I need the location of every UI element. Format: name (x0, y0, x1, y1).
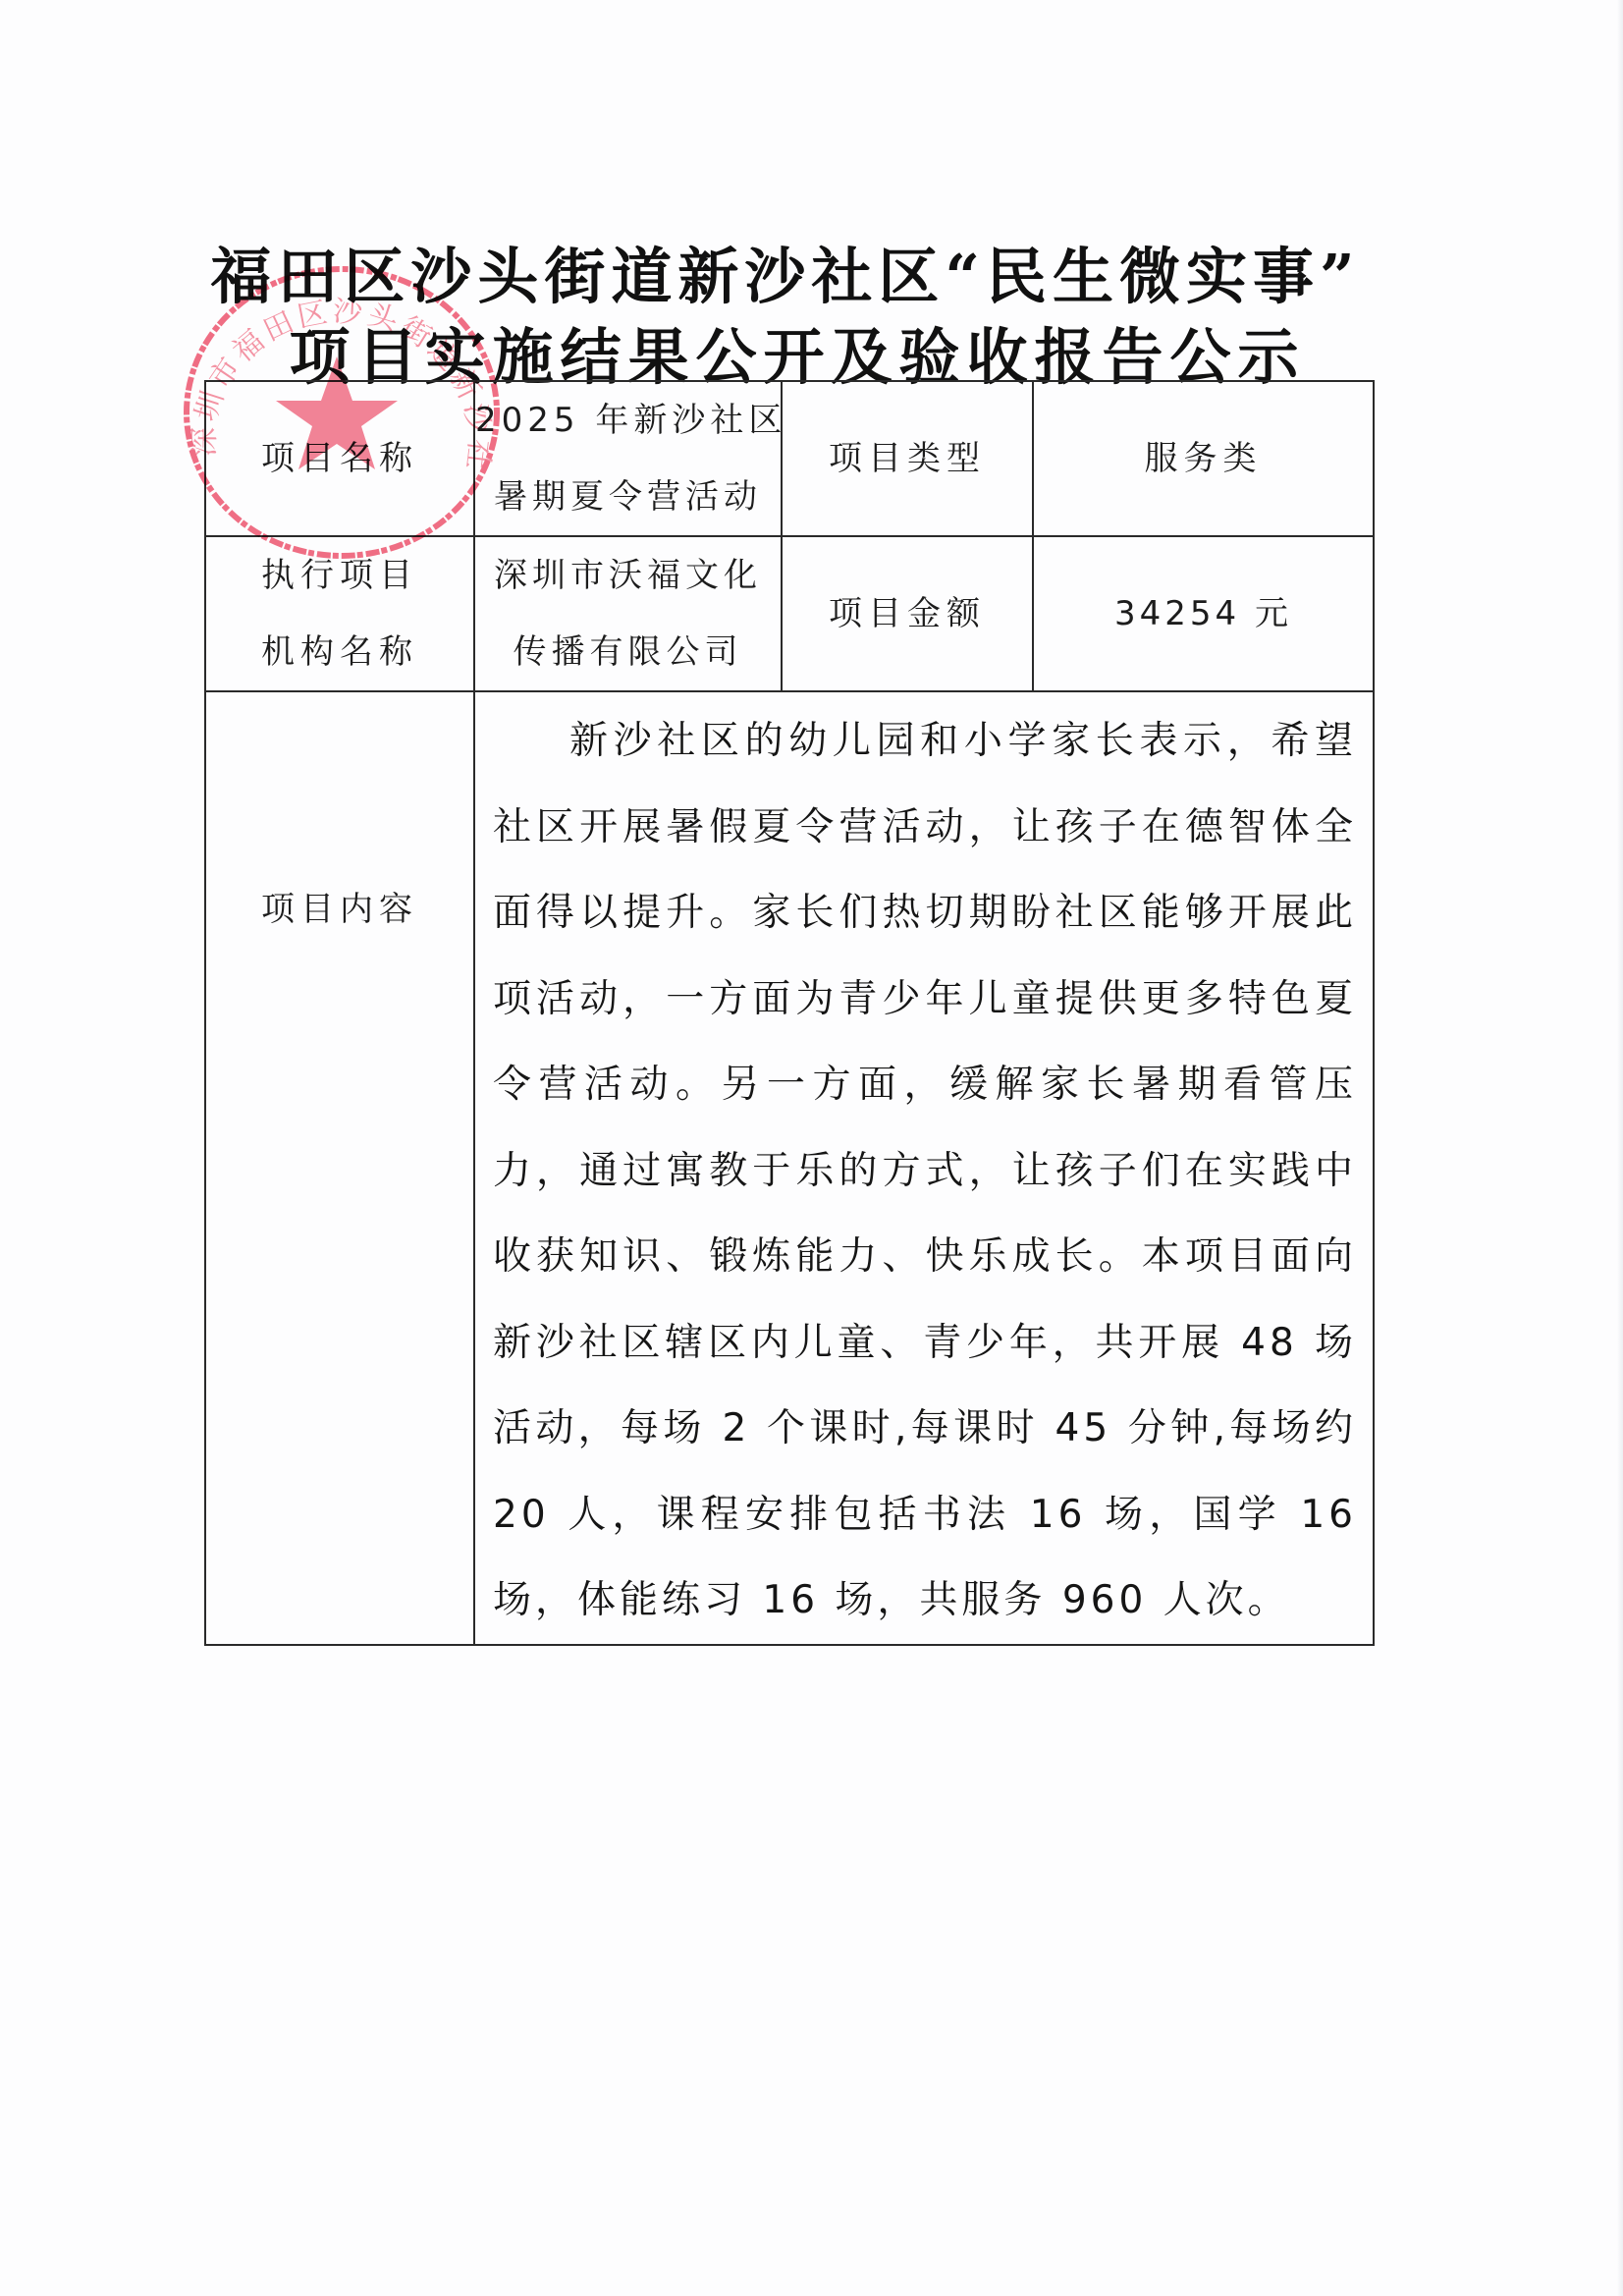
project-name-line1: 2025 年新沙社区 (475, 382, 781, 459)
amount-label: 项目金额 (783, 575, 1032, 652)
project-type-label-cell: 项目类型 (782, 381, 1033, 536)
project-type-value: 服务类 (1034, 420, 1373, 497)
executor-org-line2: 传播有限公司 (475, 614, 781, 690)
content-label: 项目内容 (206, 871, 473, 948)
content-text: 新沙社区的幼儿园和小学家长表示，希望社区开展暑假夏令营活动，让孩子在德智体全面得… (475, 692, 1373, 1644)
executor-label-line1: 执行项目 (206, 537, 473, 614)
project-type-label: 项目类型 (783, 420, 1032, 497)
executor-org-cell: 深圳市沃福文化 传播有限公司 (474, 536, 782, 691)
executor-label-line2: 机构名称 (206, 614, 473, 690)
report-table: 项目名称 2025 年新沙社区 暑期夏令营活动 项目类型 服务类 执行项目 机构… (204, 380, 1375, 1646)
executor-label-cell: 执行项目 机构名称 (205, 536, 474, 691)
content-label-cell: 项目内容 (205, 691, 474, 1645)
document-title-line1: 福田区沙头街道新沙社区“民生微实事” (0, 228, 1571, 315)
amount-value: 34254 元 (1034, 575, 1373, 652)
table-row-project-name: 项目名称 2025 年新沙社区 暑期夏令营活动 项目类型 服务类 (205, 381, 1374, 536)
project-name-value-cell: 2025 年新沙社区 暑期夏令营活动 (474, 381, 782, 536)
project-name-label: 项目名称 (206, 420, 473, 497)
amount-label-cell: 项目金额 (782, 536, 1033, 691)
page-edge (1617, 0, 1623, 2296)
table-row-content: 项目内容 新沙社区的幼儿园和小学家长表示，希望社区开展暑假夏令营活动，让孩子在德… (205, 691, 1374, 1645)
project-name-label-cell: 项目名称 (205, 381, 474, 536)
executor-org-line1: 深圳市沃福文化 (475, 537, 781, 614)
table-row-executor: 执行项目 机构名称 深圳市沃福文化 传播有限公司 项目金额 34254 元 (205, 536, 1374, 691)
amount-value-cell: 34254 元 (1033, 536, 1374, 691)
content-text-cell: 新沙社区的幼儿园和小学家长表示，希望社区开展暑假夏令营活动，让孩子在德智体全面得… (474, 691, 1374, 1645)
project-type-value-cell: 服务类 (1033, 381, 1374, 536)
project-name-line2: 暑期夏令营活动 (475, 459, 781, 535)
